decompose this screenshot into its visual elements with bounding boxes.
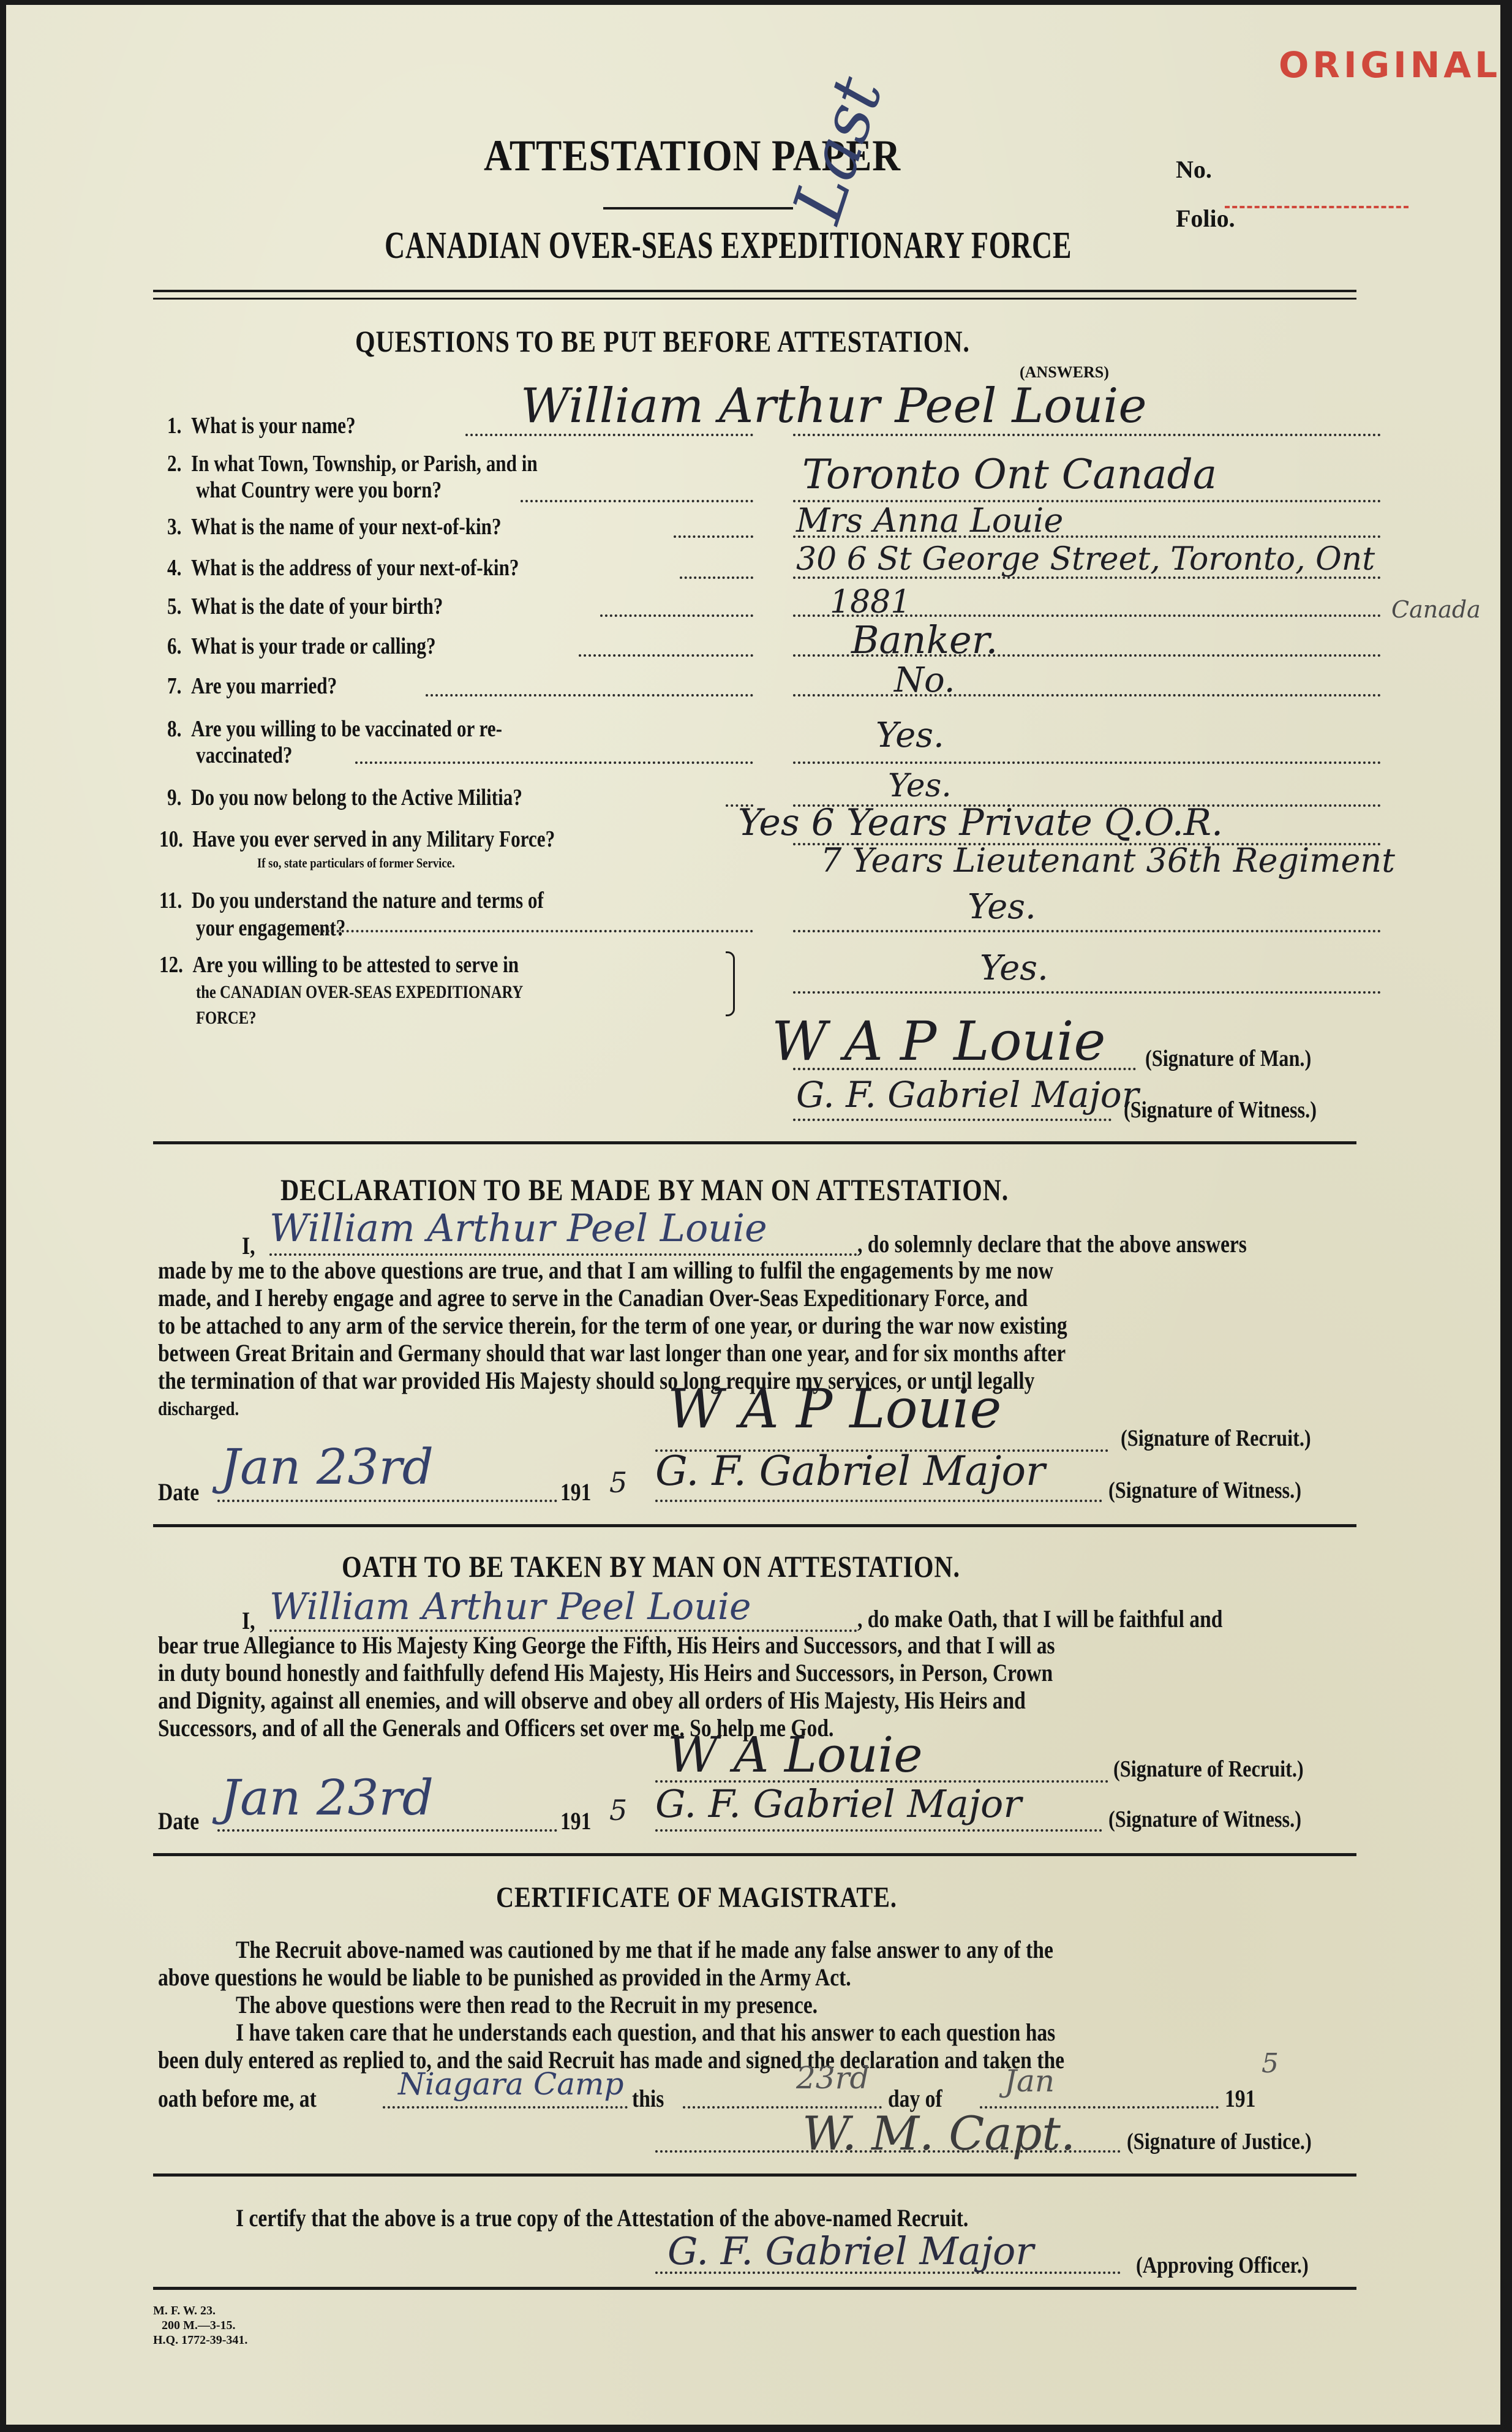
- signature-witness-1-line: [793, 1119, 1111, 1121]
- section-rule-2: [153, 1524, 1356, 1527]
- question-11-line2: your engagement?: [196, 915, 345, 942]
- answer-11: Yes.: [968, 887, 1036, 927]
- declaration-date-value: Jan 23rd: [220, 1438, 434, 1495]
- questions-heading: QUESTIONS TO BE PUT BEFORE ATTESTATION.: [355, 323, 970, 359]
- oath-year-prefix: 191: [560, 1807, 591, 1835]
- q7-answer-line: [793, 694, 1381, 697]
- question-10-note: If so, state particulars of former Servi…: [257, 855, 455, 871]
- justice-line: [655, 2150, 1121, 2153]
- this-label: this: [632, 2085, 664, 2113]
- oath-line-1: , do make Oath, that I will be faithful …: [857, 1605, 1222, 1633]
- declaration-line-1: , do solemnly declare that the above ans…: [857, 1230, 1247, 1258]
- answer-9: Yes.: [888, 768, 952, 804]
- answer-3: Mrs Anna Louie: [796, 501, 1063, 540]
- approving-officer-line: [655, 2272, 1121, 2274]
- oath-witness-line: [655, 1829, 1102, 1832]
- signature-man: W A P Louie: [772, 1010, 1105, 1073]
- oath-year-suffix: 5: [609, 1794, 627, 1827]
- oath-date-line: [217, 1829, 557, 1832]
- question-7: 7. Are you married?: [167, 673, 337, 700]
- form-code-line-1: M. F. W. 23.: [153, 2303, 247, 2318]
- oath-date-label: Date: [158, 1807, 199, 1835]
- oath-recruit-label: (Signature of Recruit.): [1113, 1756, 1304, 1783]
- form-code-line-2: 200 M.—3-15.: [153, 2318, 247, 2333]
- declaration-heading: DECLARATION TO BE MADE BY MAN ON ATTESTA…: [280, 1172, 1009, 1207]
- signature-witness-1-label: (Signature of Witness.): [1124, 1097, 1317, 1123]
- answer-4: 30 6 St George Street, Toronto, Ont: [796, 541, 1375, 578]
- question-2-line2: what Country were you born?: [196, 477, 442, 504]
- magistrate-place: Niagara Camp: [398, 2066, 623, 2102]
- question-2: 2. In what Town, Township, or Parish, an…: [167, 450, 538, 477]
- q6-leader: [579, 654, 753, 657]
- declaration-witness-line: [655, 1500, 1102, 1502]
- magistrate-line-2: above questions he would be liable to be…: [158, 1963, 851, 1992]
- magistrate-line-1: The Recruit above-named was cautioned by…: [236, 1936, 1053, 1964]
- magistrate-day: 23rd: [796, 2060, 870, 2096]
- question-10: 10. Have you ever served in any Military…: [159, 826, 555, 853]
- header-rule-2: [153, 298, 1356, 300]
- magistrate-month: Jan: [1004, 2063, 1055, 2099]
- q1-answer-line: [793, 434, 1381, 436]
- answer-10: Yes 6 Years Private Q.O.R.: [738, 801, 1223, 844]
- question-12-line2: the CANADIAN OVER-SEAS EXPEDITIONARY: [196, 979, 523, 1006]
- magistrate-line-3: The above questions were then read to th…: [236, 1991, 818, 2019]
- declaration-year-prefix: 191: [560, 1478, 591, 1506]
- number-label: No.: [1176, 155, 1212, 184]
- magistrate-year-prefix: 191: [1225, 2085, 1255, 2113]
- oath-line-2: bear true Allegiance to His Majesty King…: [158, 1631, 1055, 1660]
- section-rule-5: [153, 2287, 1356, 2290]
- q12-brace: [726, 951, 735, 1016]
- signature-witness-1: G. F. Gabriel Major: [796, 1074, 1138, 1116]
- answer-1: William Arthur Peel Louie: [521, 379, 1147, 434]
- q5-leader: [600, 614, 753, 617]
- q11-leader: [312, 930, 753, 932]
- header-short-rule: [603, 207, 793, 210]
- section-rule-3: [153, 1853, 1356, 1856]
- document-subtitle: CANADIAN OVER-SEAS EXPEDITIONARY FORCE: [385, 224, 1072, 268]
- original-stamp: ORIGINAL: [1279, 44, 1501, 86]
- magistrate-year-suffix: 5: [1262, 2048, 1279, 2079]
- oath-date-value: Jan 23rd: [220, 1769, 434, 1826]
- question-9: 9. Do you now belong to the Active Milit…: [167, 784, 522, 811]
- q8-answer-line: [793, 761, 1381, 764]
- question-6: 6. What is your trade or calling?: [167, 633, 436, 660]
- stamp-dashed-line: [1225, 206, 1409, 208]
- question-4: 4. What is the address of your next-of-k…: [167, 554, 519, 581]
- declaration-line-7: discharged.: [158, 1394, 239, 1422]
- q2-leader: [521, 500, 753, 502]
- q12-answer-line: [793, 991, 1381, 994]
- attestation-paper: ORIGINAL ATTESTATION PAPER No. Folio. CA…: [6, 5, 1500, 2425]
- declaration-date-label: Date: [158, 1478, 199, 1506]
- q4-leader: [680, 576, 753, 579]
- oath-line-3: in duty bound honestly and faithfully de…: [158, 1659, 1053, 1687]
- q11-answer-line: [793, 930, 1381, 932]
- magistrate-line-4: I have taken care that he understands ea…: [236, 2018, 1055, 2047]
- question-3: 3. What is the name of your next-of-kin?: [167, 513, 502, 540]
- answer-7: No.: [894, 660, 955, 700]
- magistrate-heading: CERTIFICATE OF MAGISTRATE.: [496, 1881, 897, 1914]
- declaration-signature-witness: G. F. Gabriel Major: [655, 1448, 1045, 1495]
- place-line: [383, 2106, 628, 2109]
- question-5: 5. What is the date of your birth?: [167, 593, 443, 620]
- answer-12: Yes.: [980, 948, 1048, 988]
- q7-leader: [426, 694, 753, 697]
- question-11: 11. Do you understand the nature and ter…: [159, 887, 544, 914]
- oath-signature-recruit: W A Louie: [668, 1726, 923, 1783]
- q3-leader: [674, 535, 753, 538]
- question-8: 8. Are you willing to be vaccinated or r…: [167, 716, 502, 742]
- form-codes: M. F. W. 23. 200 M.—3-15. H.Q. 1772-39-3…: [153, 2303, 247, 2347]
- q8-leader: [355, 761, 753, 764]
- justice-label: (Signature of Justice.): [1127, 2128, 1312, 2155]
- declaration-witness-label: (Signature of Witness.): [1108, 1477, 1301, 1504]
- oath-signature-witness: G. F. Gabriel Major: [655, 1781, 1021, 1826]
- folio-label: Folio.: [1176, 204, 1235, 233]
- q1-leader: [465, 434, 753, 436]
- declaration-line-3: made, and I hereby engage and agree to s…: [158, 1284, 1028, 1312]
- declaration-line-4: to be attached to any arm of the service…: [158, 1312, 1067, 1340]
- oath-heading: OATH TO BE TAKEN BY MAN ON ATTESTATION.: [342, 1549, 960, 1584]
- question-12-line3: FORCE?: [196, 1005, 256, 1032]
- declaration-line-5: between Great Britain and Germany should…: [158, 1339, 1066, 1367]
- oath-before-label: oath before me, at: [158, 2085, 317, 2113]
- form-code-line-3: H.Q. 1772-39-341.: [153, 2333, 247, 2347]
- declaration-recruit-label: (Signature of Recruit.): [1121, 1425, 1311, 1452]
- answer-10-line2: 7 Years Lieutenant 36th Regiment: [821, 841, 1395, 880]
- declaration-year-suffix: 5: [609, 1466, 627, 1499]
- answer-8: Yes.: [876, 716, 944, 755]
- signature-man-line: [793, 1068, 1136, 1070]
- header-rule-1: [153, 290, 1356, 292]
- declaration-signature-recruit: W A P Louie: [668, 1377, 1001, 1440]
- signature-approving-officer: G. F. Gabriel Major: [668, 2229, 1034, 2273]
- question-8-line2: vaccinated?: [196, 742, 293, 769]
- question-1: 1. What is your name?: [167, 412, 356, 439]
- signature-man-label: (Signature of Man.): [1145, 1045, 1311, 1072]
- section-rule-4: [153, 2173, 1356, 2177]
- declaration-line-2: made by me to the above questions are tr…: [158, 1256, 1053, 1285]
- oath-line-4: and Dignity, against all enemies, and wi…: [158, 1686, 1026, 1715]
- question-12: 12. Are you willing to be attested to se…: [159, 951, 519, 978]
- oath-witness-label: (Signature of Witness.): [1108, 1806, 1301, 1833]
- answer-5: 1881: [830, 584, 911, 621]
- section-rule-1: [153, 1141, 1356, 1144]
- answer-2: Toronto Ont Canada: [802, 451, 1217, 498]
- answer-6: Banker.: [851, 617, 998, 662]
- declaration-name: William Arthur Peel Louie: [269, 1206, 767, 1250]
- answer-4-continuation: Canada: [1391, 596, 1481, 623]
- declaration-name-line: [269, 1253, 857, 1256]
- oath-name: William Arthur Peel Louie: [269, 1585, 751, 1628]
- declaration-date-line: [217, 1500, 557, 1502]
- approving-officer-label: (Approving Officer.): [1136, 2252, 1309, 2279]
